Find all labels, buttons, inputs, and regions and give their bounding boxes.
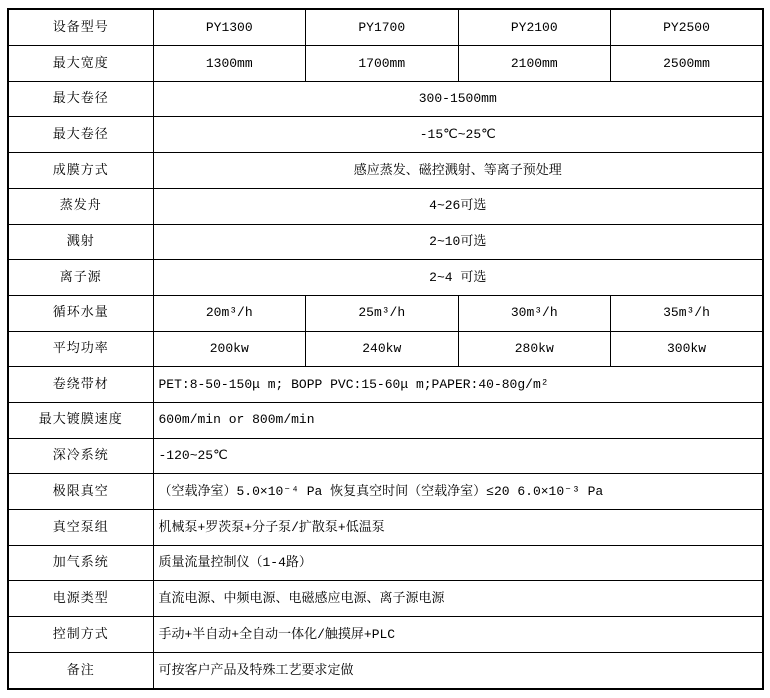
row-label: 电源类型 [8, 581, 153, 617]
table-row-evaporation-boat: 蒸发舟 4~26可选 [8, 188, 763, 224]
row-cell: PY2100 [458, 9, 611, 46]
row-value: 4~26可选 [153, 188, 763, 224]
row-label: 真空泵组 [8, 510, 153, 546]
row-label: 深冷系统 [8, 438, 153, 474]
row-cell: 1700mm [306, 46, 459, 82]
table-row-max-width: 最大宽度 1300mm 1700mm 2100mm 2500mm [8, 46, 763, 82]
equipment-spec-table: 设备型号 PY1300 PY1700 PY2100 PY2500 最大宽度 13… [7, 8, 764, 690]
row-cell: 2500mm [611, 46, 764, 82]
row-cell: 2100mm [458, 46, 611, 82]
table-row-ultimate-vacuum: 极限真空 （空载净室）5.0×10⁻⁴ Pa 恢复真空时间（空载净室）≤20 6… [8, 474, 763, 510]
table-row-average-power: 平均功率 200kw 240kw 280kw 300kw [8, 331, 763, 367]
row-value: PET:8-50-150μ m; BOPP PVC:15-60μ m;PAPER… [153, 367, 763, 403]
row-value: 手动+半自动+全自动一体化/触摸屏+PLC [153, 617, 763, 653]
row-cell: PY2500 [611, 9, 764, 46]
row-value: 直流电源、中频电源、电磁感应电源、离子源电源 [153, 581, 763, 617]
table-row-film-method: 成膜方式 感应蒸发、磁控溅射、等离子预处理 [8, 153, 763, 189]
row-value: （空载净室）5.0×10⁻⁴ Pa 恢复真空时间（空载净室）≤20 6.0×10… [153, 474, 763, 510]
row-label: 设备型号 [8, 9, 153, 46]
row-value: 可按客户产品及特殊工艺要求定做 [153, 652, 763, 689]
table-row-max-roll-diameter: 最大卷径 300-1500mm [8, 81, 763, 117]
row-cell: 240kw [306, 331, 459, 367]
row-label: 溅射 [8, 224, 153, 260]
table-row-remarks: 备注 可按客户产品及特殊工艺要求定做 [8, 652, 763, 689]
row-cell: PY1700 [306, 9, 459, 46]
row-label: 蒸发舟 [8, 188, 153, 224]
row-label: 平均功率 [8, 331, 153, 367]
table-row-model: 设备型号 PY1300 PY1700 PY2100 PY2500 [8, 9, 763, 46]
row-value: 机械泵+罗茨泵+分子泵/扩散泵+低温泵 [153, 510, 763, 546]
row-label: 循环水量 [8, 295, 153, 331]
row-label: 离子源 [8, 260, 153, 296]
table-row-winding-substrate: 卷绕带材 PET:8-50-150μ m; BOPP PVC:15-60μ m;… [8, 367, 763, 403]
table-row-power-supply-type: 电源类型 直流电源、中频电源、电磁感应电源、离子源电源 [8, 581, 763, 617]
row-cell: 30m³/h [458, 295, 611, 331]
table-row-circulating-water: 循环水量 20m³/h 25m³/h 30m³/h 35m³/h [8, 295, 763, 331]
row-label: 控制方式 [8, 617, 153, 653]
spec-sheet-page: 设备型号 PY1300 PY1700 PY2100 PY2500 最大宽度 13… [0, 0, 770, 698]
row-label: 加气系统 [8, 545, 153, 581]
row-value: 感应蒸发、磁控溅射、等离子预处理 [153, 153, 763, 189]
row-label: 最大卷径 [8, 81, 153, 117]
row-cell: 280kw [458, 331, 611, 367]
row-value: -120~25℃ [153, 438, 763, 474]
row-label: 成膜方式 [8, 153, 153, 189]
row-value: 质量流量控制仪（1-4路） [153, 545, 763, 581]
row-value: 2~10可选 [153, 224, 763, 260]
row-value: -15℃~25℃ [153, 117, 763, 153]
row-value: 600m/min or 800m/min [153, 402, 763, 438]
table-row-deep-cooling-system: 深冷系统 -120~25℃ [8, 438, 763, 474]
row-cell: 300kw [611, 331, 764, 367]
row-cell: 20m³/h [153, 295, 306, 331]
table-row-max-coating-speed: 最大镀膜速度 600m/min or 800m/min [8, 402, 763, 438]
table-row-gas-system: 加气系统 质量流量控制仪（1-4路） [8, 545, 763, 581]
row-cell: 1300mm [153, 46, 306, 82]
row-label: 备注 [8, 652, 153, 689]
table-row-temperature-range: 最大卷径 -15℃~25℃ [8, 117, 763, 153]
row-label: 最大镀膜速度 [8, 402, 153, 438]
row-value: 2~4 可选 [153, 260, 763, 296]
table-row-ion-source: 离子源 2~4 可选 [8, 260, 763, 296]
row-cell: 25m³/h [306, 295, 459, 331]
table-row-vacuum-pump-group: 真空泵组 机械泵+罗茨泵+分子泵/扩散泵+低温泵 [8, 510, 763, 546]
row-label: 极限真空 [8, 474, 153, 510]
row-label: 卷绕带材 [8, 367, 153, 403]
row-label: 最大宽度 [8, 46, 153, 82]
row-label: 最大卷径 [8, 117, 153, 153]
row-value: 300-1500mm [153, 81, 763, 117]
row-cell: PY1300 [153, 9, 306, 46]
row-cell: 200kw [153, 331, 306, 367]
table-row-sputtering: 溅射 2~10可选 [8, 224, 763, 260]
row-cell: 35m³/h [611, 295, 764, 331]
table-row-control-mode: 控制方式 手动+半自动+全自动一体化/触摸屏+PLC [8, 617, 763, 653]
